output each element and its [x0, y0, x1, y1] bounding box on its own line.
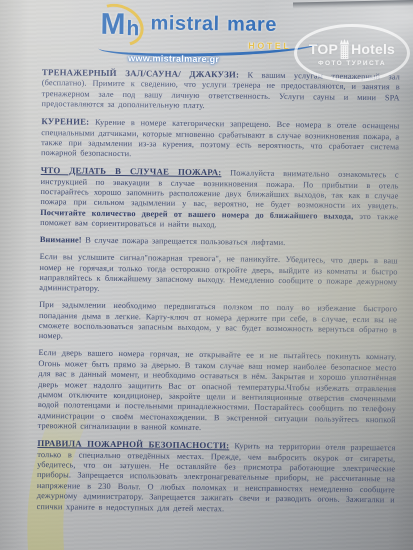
section-smoking: КУРЕНИЕ: Курение в номере категорически … — [41, 116, 399, 163]
logo-monogram-h: h — [126, 18, 139, 39]
section-fire-rules: ПРАВИЛА ПОЖАРНОЙ БЕЗОПАСНОСТИ: Курить на… — [37, 438, 396, 516]
section-hot-door-body: Если дверь вашего номера горячая, не отк… — [38, 348, 397, 432]
hotel-logo: M h mistral mare HOTEL www.mistralmare.g… — [32, 11, 401, 67]
section-smoke-body: При задымлении необходимо передвигаться … — [39, 300, 397, 341]
section-rules-heading: ПРАВИЛА ПОЖАРНОЙ БЕЗОПАСНОСТИ: — [37, 438, 229, 450]
logo-hotel-name: mistral mare — [150, 18, 276, 30]
letter-page: M h mistral mare HOTEL www.mistralmare.g… — [0, 0, 413, 523]
section-alarm-signal: Если вы услышите сигнал"пожарная тревога… — [39, 252, 397, 298]
section-hot-door: Если дверь вашего номера горячая, не отк… — [38, 348, 397, 436]
section-smoking-body: Курение в номере категорически запрещено… — [41, 118, 399, 159]
logo-monogram-m: M — [100, 10, 125, 40]
section-gym-heading: ТРЕНАЖЕРНЫЙ ЗАЛ/САУНА/ ДЖАКУЗИ: — [42, 67, 239, 79]
section-attention: Внимание! В случае пожара запрещается по… — [40, 235, 398, 250]
document-photo: M h mistral mare HOTEL www.mistralmare.g… — [0, 0, 413, 550]
section-smoke-crawl: При задымлении необходимо передвигаться … — [39, 300, 397, 346]
section-alarm-body: Если вы услышите сигнал"пожарная тревога… — [39, 252, 397, 293]
logo-website-url: www.mistralmare.gr — [128, 53, 219, 65]
section-rules-body: Курить на территории отеля разрешается т… — [37, 441, 396, 512]
section-smoking-heading: КУРЕНИЕ: — [41, 116, 89, 127]
section-fire-instructions: ЧТО ДЕЛАТЬ В СЛУЧАЕ ПОЖАРА: Пожалуйста в… — [40, 165, 399, 233]
attention-text: В случае пожара запрещается пользоваться… — [82, 236, 286, 247]
attention-label: Внимание! — [40, 235, 82, 245]
section-fire-heading: ЧТО ДЕЛАТЬ В СЛУЧАЕ ПОЖАРА: — [41, 165, 222, 177]
section-gym: ТРЕНАЖЕРНЫЙ ЗАЛ/САУНА/ ДЖАКУЗИ: К вашим … — [42, 67, 400, 114]
